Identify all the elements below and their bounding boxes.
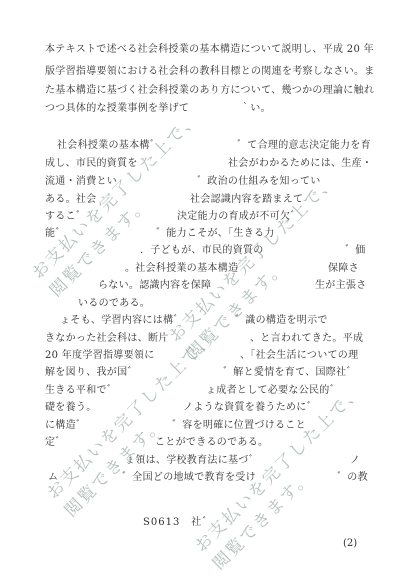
text-fragment: 。社会科授業の基本構造 [125, 263, 238, 275]
text-fragment: 定゛ [45, 437, 66, 449]
text-fragment: 、と言われてきた。平成 [250, 333, 363, 345]
text-fragment: 流通・消費とい [45, 176, 117, 188]
text-fragment: ．子どもが、市民的資質の [140, 245, 264, 257]
text-fragment: ことができるのである。 [155, 437, 268, 449]
text-fragment: 解を図り、我が国゛ [45, 367, 138, 379]
text-fragment: 20 年度学習指導要領に [45, 350, 155, 362]
document-page: 本テキストで述べる社会科授業の基本構造について説明し、平成 20 年版学習指導要… [0, 0, 410, 580]
text-fragment: ゛能力こそが、「生きる力 [156, 228, 275, 240]
text-fragment: 成し、市民的資質を [45, 158, 138, 170]
text-fragment: ゛の教 [337, 472, 368, 484]
text-fragment: ょそも、学習内容には構゛ [60, 315, 184, 327]
text-fragment: するこ゛ [45, 211, 86, 223]
text-fragment: ゛解と愛情を育て、国際社゛ [223, 367, 357, 379]
page-number: (2) [343, 538, 357, 549]
text-fragment: た基本構造に基づく社会科授業のあり方について、幾つかの理論に触れ [45, 85, 374, 97]
text-fragment: きなかった社会科は、断片 [45, 333, 169, 345]
text-fragment: ょ成者として必要な公民的゛ [206, 385, 340, 397]
text-fragment: ゛全国どの地域で教育を受け [122, 472, 256, 484]
text-fragment: ゛政治の仕組みを知ってい [197, 176, 321, 188]
text-fragment: 決定能力の育成が不可欠゛ [177, 211, 301, 223]
text-fragment: ｀い。 [240, 103, 271, 115]
text-fragment: 社会認識内容を踏まえて [190, 194, 303, 206]
text-fragment: ょ領は、学校教育法に基づ゛ [125, 455, 259, 467]
text-fragment: ム [48, 472, 58, 484]
document-code: S0613 社゛ [143, 513, 213, 528]
text-fragment: に構造゛ [45, 420, 86, 432]
text-fragment: ゛識の構造を明示で [235, 315, 328, 327]
text-fragment: 生が主張さ [315, 280, 367, 292]
text-fragment: 版学習指導要領における社会科の教科目標との関連を考察しなさい。ま [45, 66, 375, 78]
text-fragment: ゛容を明確に位置づけること [172, 420, 306, 432]
text-fragment: 本テキストで述べる社会科授業の基本構造について説明し、平成 20 年 [45, 44, 374, 56]
text-fragment: 、「社会生活についての理 [240, 350, 358, 362]
text-fragment: 保障さ [328, 263, 359, 275]
text-fragment: ノ [350, 455, 360, 467]
text-fragment: らない。認識内容を保障 [98, 280, 211, 292]
text-fragment: ゛て合理的意志決定能力を育 [237, 140, 371, 152]
text-fragment: 生きる平和で゛ [45, 385, 117, 397]
text-fragment: つつ具体的な授業事例を挙げて [45, 103, 189, 115]
text-fragment: ノような資質を養うために゛ [183, 402, 317, 414]
text-fragment: ある。社会 [45, 194, 97, 206]
text-fragment: 社会科授業の基本構゛ [57, 140, 160, 152]
text-fragment: 礎を養う。 [45, 402, 97, 414]
text-fragment: 社会がわかるためには、生産・ [228, 158, 372, 170]
text-fragment: いるのである。 [78, 298, 150, 310]
text-fragment: 能゛ [45, 228, 66, 240]
text-fragment: ゛価 [345, 245, 366, 257]
